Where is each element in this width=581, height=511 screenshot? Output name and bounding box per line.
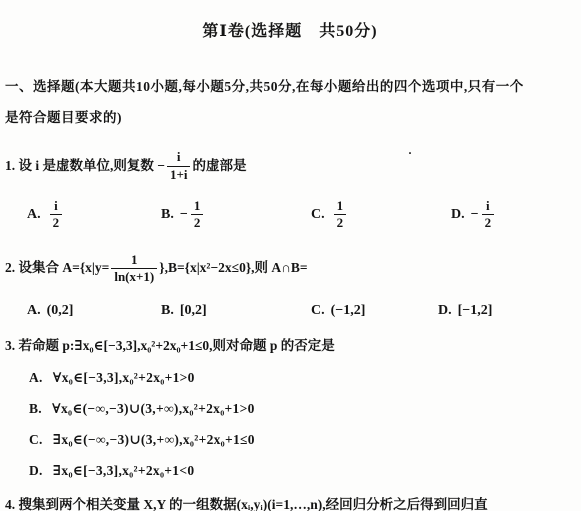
q1-option-b-label: B. bbox=[161, 207, 174, 223]
q3-option-b-text: ∀x₀∈(−∞,−3)∪(3,+∞),x₀²+2x₀+1>0 bbox=[52, 401, 255, 416]
q1-option-d: D. − i2 bbox=[451, 199, 496, 231]
q2-set-open: {x|y= bbox=[80, 259, 110, 277]
question-2-stem: 2. 设集合 A={x|y=1ln(x+1)},B={x|x²−2x≤0},则 … bbox=[5, 251, 575, 287]
q3-option-d-label: D. bbox=[29, 463, 43, 478]
q2-option-b-text: [0,2] bbox=[180, 303, 207, 319]
q1-option-d-denominator: 2 bbox=[482, 215, 495, 230]
question-1-stem: 1. 设 i 是虚数单位,则复数 −i1+i 的虚部是 bbox=[5, 149, 575, 183]
q3-option-a-label: A. bbox=[29, 370, 43, 385]
q1-option-c: C. 12 bbox=[311, 199, 451, 231]
instructions-line1: 一、选择题(本大题共10小题,每小题5分,共50分,在每小题给出的四个选项中,只… bbox=[5, 79, 524, 94]
q3-option-c: C.∃x₀∈(−∞,−3)∪(3,+∞),x₀²+2x₀+1≤0 bbox=[29, 432, 577, 448]
q1-option-c-fraction: 12 bbox=[334, 199, 347, 231]
q1-option-d-sign: − bbox=[471, 207, 479, 223]
instructions-line2: 是符合题目要求的) bbox=[5, 110, 122, 125]
q2-frac-denominator: ln(x+1) bbox=[111, 269, 157, 284]
question-4-stem: 4. 搜集到两个相关变量 X,Y 的一组数据(xᵢ,yᵢ)(i=1,…,n),经… bbox=[5, 496, 575, 511]
exam-page: 第Ⅰ卷(选择题 共50分) 一、选择题(本大题共10小题,每小题5分,共50分,… bbox=[0, 0, 581, 511]
q2-stem-post: },B={x|x²−2x≤0},则 A∩B= bbox=[159, 259, 307, 277]
q1-option-c-label: C. bbox=[311, 207, 325, 223]
q2-option-a: A. (0,2] bbox=[27, 303, 161, 319]
q1-option-b-sign: − bbox=[180, 207, 188, 223]
q1-option-d-numerator: i bbox=[482, 199, 495, 215]
q1-option-d-fraction: i2 bbox=[482, 199, 495, 231]
q2-stem-pre: 2. 设集合 A= bbox=[5, 259, 80, 277]
q3-option-d: D.∃x₀∈[−3,3],x₀²+2x₀+1<0 bbox=[29, 463, 577, 479]
q2-option-d-label: D. bbox=[438, 303, 452, 319]
q1-fraction: i1+i bbox=[167, 150, 191, 182]
q1-option-a-label: A. bbox=[27, 207, 41, 223]
section-instructions: 一、选择题(本大题共10小题,每小题5分,共50分,在每小题给出的四个选项中,只… bbox=[5, 71, 575, 133]
q2-fraction: 1ln(x+1) bbox=[111, 253, 157, 285]
page-title: 第Ⅰ卷(选择题 共50分) bbox=[3, 18, 577, 41]
q1-option-c-denominator: 2 bbox=[334, 215, 347, 230]
q3-option-b: B.∀x₀∈(−∞,−3)∪(3,+∞),x₀²+2x₀+1>0 bbox=[29, 401, 577, 417]
q3-option-a: A.∀x₀∈[−3,3],x₀²+2x₀+1>0 bbox=[29, 370, 577, 386]
q1-option-b-numerator: 1 bbox=[191, 199, 204, 215]
q1-stem-post: 的虚部是 bbox=[192, 157, 246, 175]
q1-option-c-numerator: 1 bbox=[334, 199, 347, 215]
q2-option-c: C. (−1,2] bbox=[311, 303, 438, 319]
question-2-options: A. (0,2] B. [0,2] C. (−1,2] D. [−1,2] bbox=[27, 303, 577, 319]
q2-option-c-label: C. bbox=[311, 303, 325, 319]
q1-option-d-label: D. bbox=[451, 207, 465, 223]
q2-frac-numerator: 1 bbox=[111, 253, 157, 269]
q2-option-d-text: [−1,2] bbox=[458, 303, 493, 319]
q1-option-b-fraction: 12 bbox=[191, 199, 204, 231]
q1-option-a-denominator: 2 bbox=[50, 215, 63, 230]
q2-option-a-text: (0,2] bbox=[47, 303, 74, 319]
q3-option-a-text: ∀x₀∈[−3,3],x₀²+2x₀+1>0 bbox=[53, 370, 195, 385]
q1-option-a-numerator: i bbox=[50, 199, 63, 215]
q1-stem-pre: 1. 设 i 是虚数单位,则复数 − bbox=[5, 157, 165, 175]
q1-option-b-denominator: 2 bbox=[191, 215, 204, 230]
q1-frac-numerator: i bbox=[167, 150, 191, 166]
q2-option-c-text: (−1,2] bbox=[331, 303, 366, 319]
q1-frac-denominator: 1+i bbox=[167, 167, 191, 182]
q3-option-c-text: ∃x₀∈(−∞,−3)∪(3,+∞),x₀²+2x₀+1≤0 bbox=[53, 432, 255, 447]
q3-option-b-label: B. bbox=[29, 401, 42, 416]
question-1-options: A. i2 B. − 12 C. 12 D. − i2 bbox=[27, 199, 577, 231]
q1-option-a-fraction: i2 bbox=[50, 199, 63, 231]
scan-dot-artifact: · bbox=[408, 146, 412, 161]
q1-option-a: A. i2 bbox=[27, 199, 161, 231]
q2-option-b: B. [0,2] bbox=[161, 303, 311, 319]
q3-option-c-label: C. bbox=[29, 432, 43, 447]
q3-option-d-text: ∃x₀∈[−3,3],x₀²+2x₀+1<0 bbox=[53, 463, 195, 478]
q2-option-d: D. [−1,2] bbox=[438, 303, 492, 319]
q2-option-a-label: A. bbox=[27, 303, 41, 319]
q1-option-b: B. − 12 bbox=[161, 199, 311, 231]
question-3-stem: 3. 若命题 p:∃x₀∈[−3,3],x₀²+2x₀+1≤0,则对命题 p 的… bbox=[5, 337, 575, 355]
q2-option-b-label: B. bbox=[161, 303, 174, 319]
